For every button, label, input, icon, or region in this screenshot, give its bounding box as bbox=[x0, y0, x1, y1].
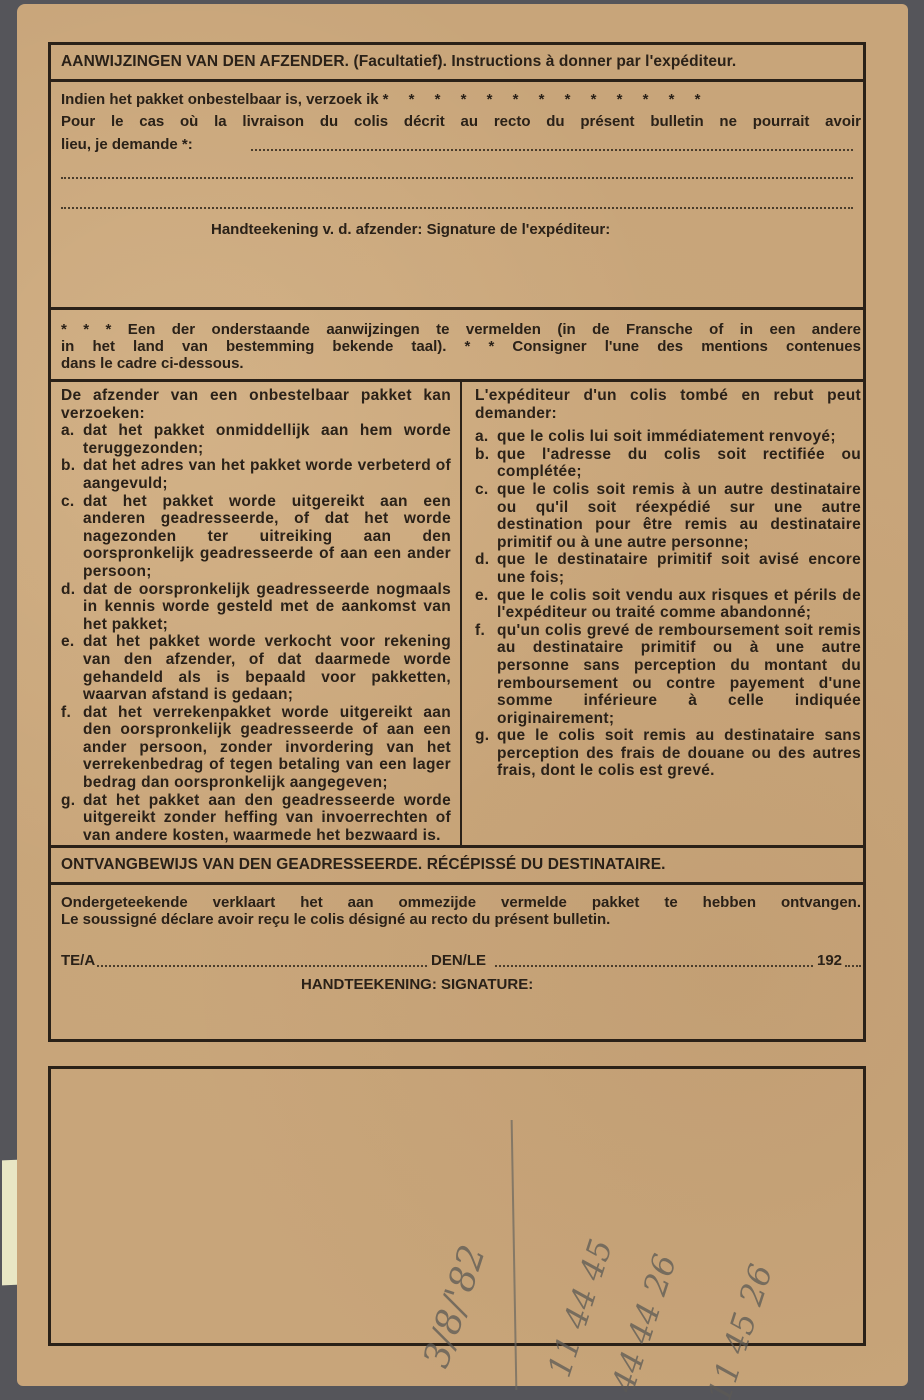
year-label: 192 bbox=[817, 952, 842, 970]
french-option-b: b.que l'adresse du colis soit rectifiée … bbox=[475, 446, 861, 481]
sender-signature-label: Handteekening v. d. afzender: Signature … bbox=[211, 221, 610, 239]
date-label: DEN/LE bbox=[431, 952, 486, 970]
dutch-option-c: c.dat het pakket worde uitgereikt aan ee… bbox=[61, 493, 451, 581]
note-line1: * * * Een der onderstaande aanwijzingen … bbox=[61, 321, 861, 339]
request-field-line-2[interactable] bbox=[61, 177, 853, 179]
dutch-intro: De afzender van een onbestelbaar pakket … bbox=[61, 387, 451, 422]
dutch-options: De afzender van een onbestelbaar pakket … bbox=[61, 387, 451, 844]
receipt-header: ONTVANGBEWIJS VAN DEN GEADRESSEERDE. RÉC… bbox=[61, 856, 666, 874]
note-line3: dans le cadre ci-dessous. bbox=[61, 355, 244, 373]
dutch-option-a: a.dat het pakket onmiddellijk aan hem wo… bbox=[61, 422, 451, 457]
receiver-signature-label: HANDTEEKENING: SIGNATURE: bbox=[301, 976, 533, 994]
french-option-f: f.qu'un colis grevé de remboursement soi… bbox=[475, 622, 861, 728]
sender-instructions-line1: Indien het pakket onbestelbaar is, verzo… bbox=[61, 91, 861, 109]
request-field-line-3[interactable] bbox=[61, 207, 853, 209]
place-field[interactable] bbox=[97, 965, 427, 967]
divider bbox=[51, 882, 863, 885]
request-field-line-1[interactable] bbox=[251, 149, 853, 151]
french-option-e: e.que le colis soit vendu aux risques et… bbox=[475, 587, 861, 622]
divider bbox=[51, 307, 863, 310]
receipt-line1: Ondergeteekende verklaart het aan ommezi… bbox=[61, 894, 861, 912]
french-options: L'expéditeur d'un colis tombé en rebut p… bbox=[475, 387, 861, 780]
divider bbox=[51, 845, 863, 848]
sender-instructions-header: AANWIJZINGEN VAN DEN AFZENDER. (Facultat… bbox=[61, 53, 736, 71]
dutch-option-f: f.dat het verrekenpakket worde uitgereik… bbox=[61, 704, 451, 792]
divider bbox=[51, 79, 863, 82]
dutch-option-b: b.dat het adres van het pakket worde ver… bbox=[61, 457, 451, 492]
main-frame: AANWIJZINGEN VAN DEN AFZENDER. (Facultat… bbox=[48, 42, 866, 1042]
receipt-line2: Le soussigné déclare avoir reçu le colis… bbox=[61, 911, 610, 929]
receiver-signature-field[interactable] bbox=[211, 997, 823, 1037]
french-option-a: a.que le colis lui soit immédiatement re… bbox=[475, 428, 861, 446]
sender-signature-field[interactable] bbox=[211, 241, 823, 301]
dutch-option-d: d.dat de oorspronkelijk geadresseerde no… bbox=[61, 581, 451, 634]
sender-instructions-line3: lieu, je demande *: bbox=[61, 136, 193, 154]
divider bbox=[51, 379, 863, 382]
french-option-c: c.que le colis soit remis à un autre des… bbox=[475, 481, 861, 551]
sender-instructions-line2: Pour le cas où la livraison du colis déc… bbox=[61, 113, 861, 131]
dutch-option-e: e.dat het pakket worde verkocht voor rek… bbox=[61, 633, 451, 703]
french-option-d: d.que le destinataire primitif soit avis… bbox=[475, 551, 861, 586]
date-field[interactable] bbox=[495, 965, 813, 967]
note-line2: in het land van bestemming bekende taal)… bbox=[61, 338, 861, 356]
place-label: TE/A bbox=[61, 952, 95, 970]
french-option-g: g.que le colis soit remis au destinatair… bbox=[475, 727, 861, 780]
dutch-option-g: g.dat het pakket aan den geadresseerde w… bbox=[61, 792, 451, 845]
year-field[interactable] bbox=[845, 965, 861, 967]
asterisks: * * * * * * * * * * * * * bbox=[383, 91, 709, 108]
french-intro: L'expéditeur d'un colis tombé en rebut p… bbox=[475, 387, 861, 422]
column-divider bbox=[460, 379, 462, 845]
